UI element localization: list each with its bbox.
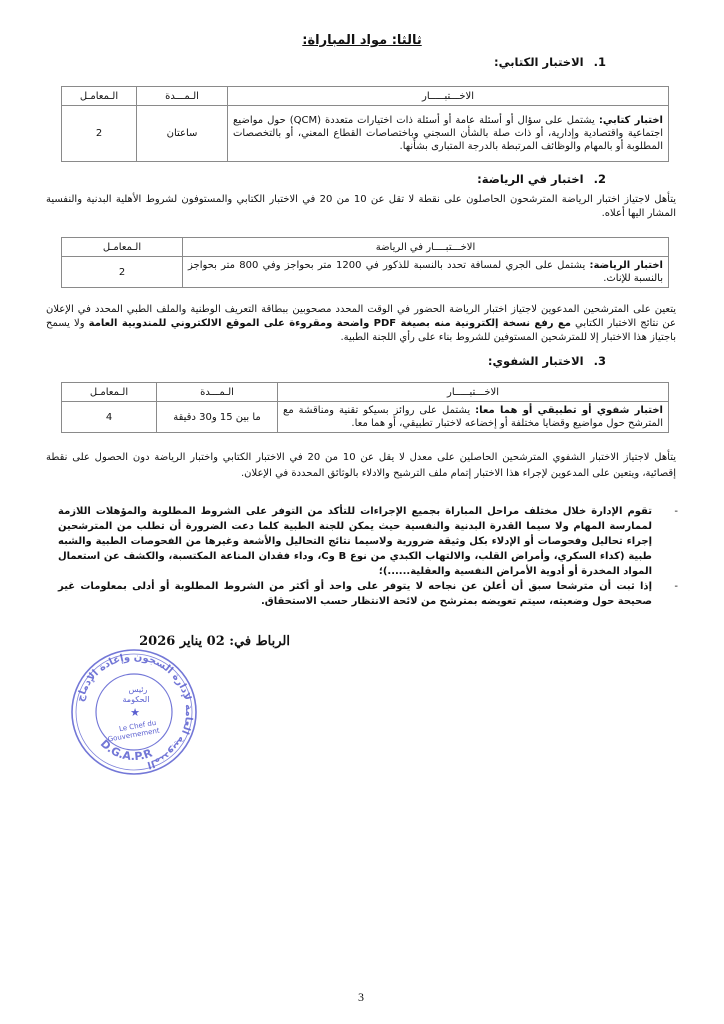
exam-coefficient: 2 xyxy=(62,106,137,162)
sports-intro-paragraph: يتأهل لاجتياز اختبار الرياضة المترشحون ا… xyxy=(46,193,676,221)
exam-description: اختبار الرياضة: يشتمل على الجري لمسافة ت… xyxy=(183,257,669,288)
table-header-row: الاخـــتبــــار في الرياضة الـمعامـل xyxy=(62,238,669,257)
exam-description: اختبار كتابي: يشتمل على سؤال أو أسئلة عا… xyxy=(228,106,669,162)
table-row: اختبار الرياضة: يشتمل على الجري لمسافة ت… xyxy=(62,257,669,288)
sports-exam-heading: 2.اختبار في الرياضة: xyxy=(477,172,606,186)
svg-text:الحكومة: الحكومة xyxy=(123,695,150,704)
table-header-row: الاخـــتبـــــار الـمـــدة الـمعامـل xyxy=(62,87,669,106)
oral-exam-heading: 3.الاختبار الشفوي: xyxy=(488,354,606,368)
list-item: - تقوم الإدارة خلال مختلف مراحل المباراة… xyxy=(58,504,678,579)
official-stamp: المندوبية العامة لإدارة السجون وإعادة ال… xyxy=(68,646,200,778)
table-header-row: الاخـــتبـــــار الـمـــدة الـمعامـل xyxy=(62,383,669,402)
exam-description: اختبار شفوي أو تطبيقي أو هما معا: يشتمل … xyxy=(278,402,669,433)
svg-text:★: ★ xyxy=(130,706,140,719)
exam-duration: ساعتان xyxy=(137,106,228,162)
stamp-seal-icon: المندوبية العامة لإدارة السجون وإعادة ال… xyxy=(68,646,200,778)
sports-note-paragraph: يتعين على المترشحين المدعوين لاجتياز اخت… xyxy=(46,303,676,345)
table-row: اختبار كتابي: يشتمل على سؤال أو أسئلة عا… xyxy=(62,106,669,162)
document-page: ثالثا: مواد المباراة: 1.الاختبار الكتابي… xyxy=(0,0,724,1024)
oral-exam-table: الاخـــتبـــــار الـمـــدة الـمعامـل اخت… xyxy=(61,382,669,433)
written-exam-table: الاخـــتبـــــار الـمـــدة الـمعامـل اخت… xyxy=(61,86,669,162)
sports-exam-table: الاخـــتبــــار في الرياضة الـمعامـل اخت… xyxy=(61,237,669,288)
exam-coefficient: 4 xyxy=(62,402,157,433)
list-item: - إذا ثبت أن مترشحا سبق أن أعلن عن نجاحه… xyxy=(58,579,678,609)
svg-text:D.G.A.P.R: D.G.A.P.R xyxy=(98,737,155,763)
written-exam-heading: 1.الاختبار الكتابي: xyxy=(494,55,606,69)
exam-duration: ما بين 15 و30 دقيقة xyxy=(157,402,278,433)
page-number: 3 xyxy=(358,990,364,1005)
conditions-list: - تقوم الإدارة خلال مختلف مراحل المباراة… xyxy=(58,504,678,609)
table-row: اختبار شفوي أو تطبيقي أو هما معا: يشتمل … xyxy=(62,402,669,433)
section-title: ثالثا: مواد المباراة: xyxy=(0,33,724,48)
oral-note-paragraph: يتأهل لاجتياز الاختبار الشفوي المترشحين … xyxy=(46,450,676,482)
svg-text:رئيس: رئيس xyxy=(129,685,148,694)
exam-coefficient: 2 xyxy=(62,257,183,288)
